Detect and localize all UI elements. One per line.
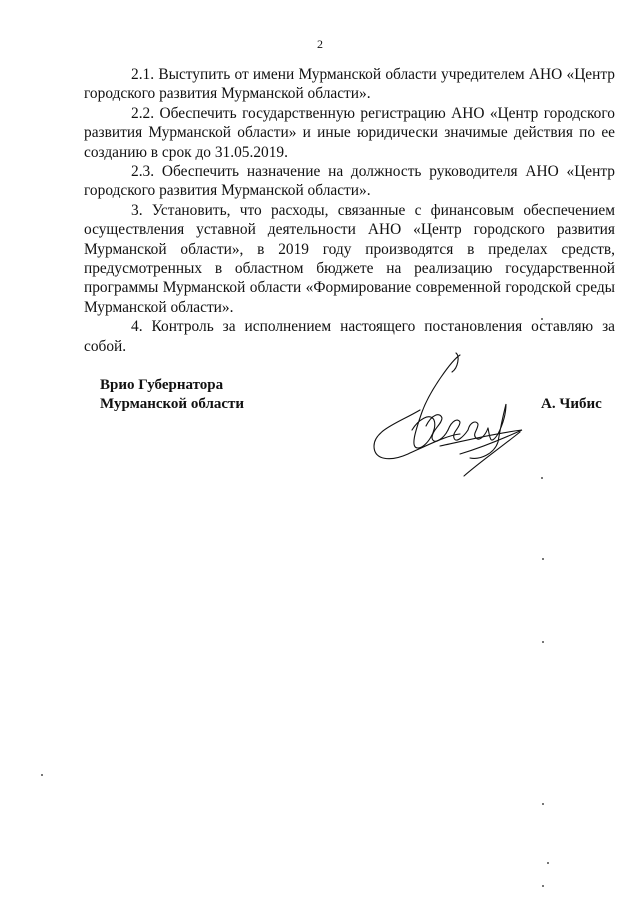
scan-artifact [542, 885, 544, 887]
scan-artifact [541, 318, 543, 320]
signatory-title: Врио Губернатора Мурманской области [100, 376, 244, 414]
document-body: 2.1. Выступить от имени Мурманской облас… [84, 65, 615, 356]
paragraph-2-2: 2.2. Обеспечить государственную регистра… [84, 104, 615, 162]
scan-artifact [542, 558, 544, 560]
paragraph-2-1: 2.1. Выступить от имени Мурманской облас… [84, 65, 615, 104]
scan-artifact [41, 774, 43, 776]
page-number: 2 [0, 37, 640, 52]
signatory-title-line1: Врио Губернатора [100, 376, 244, 395]
scan-artifact [541, 477, 543, 479]
paragraph-2-3: 2.3. Обеспечить назначение на должность … [84, 162, 615, 201]
scan-artifact [542, 803, 544, 805]
paragraph-3: 3. Установить, что расходы, связанные с … [84, 201, 615, 317]
scan-artifact [547, 862, 549, 864]
scan-artifact [542, 641, 544, 643]
handwritten-signature-icon [360, 350, 540, 480]
signatory-title-line2: Мурманской области [100, 395, 244, 414]
signatory-name: А. Чибис [541, 395, 602, 414]
